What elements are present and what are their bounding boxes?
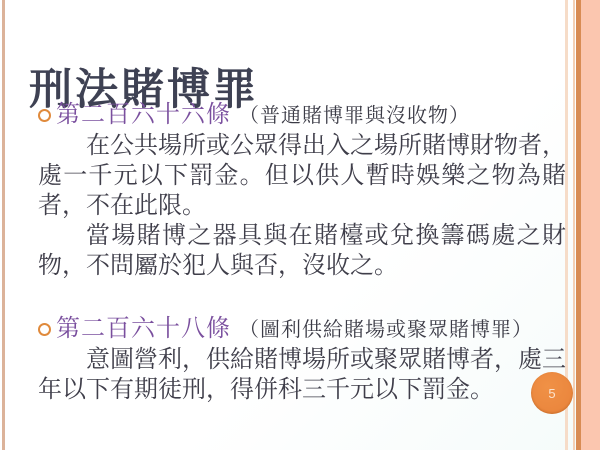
article-paragraph: 在公共場所或公眾得出入之場所賭博財物者，處一千元以下罰金。但以供人暫時娛樂之物為… <box>38 131 566 221</box>
right-border-stripe-band <box>581 0 600 450</box>
bullet-circle-icon <box>38 109 51 122</box>
article-paragraph: 當場賭博之器具與在賭檯或兌換籌碼處之財物，不問屬於犯人與否，沒收之。 <box>38 221 566 281</box>
article-subtitle: （普通賭博罪與沒收物） <box>239 101 470 131</box>
slide-body: 第二百六十六條 （普通賭博罪與沒收物） 在公共場所或公眾得出入之場所賭博財物者，… <box>38 100 566 405</box>
section-heading: 第二百六十八條 （圖利供給賭場或聚眾賭博罪） <box>38 314 566 345</box>
article-paragraph: 意圖營利，供給賭博場所或聚眾賭博者，處三年以下有期徒刑，得併科三千元以下罰金。 <box>38 345 566 405</box>
page-number: 5 <box>548 386 555 401</box>
article-number: 第二百六十八條 <box>56 314 231 344</box>
article-subtitle: （圖利供給賭場或聚眾賭博罪） <box>239 315 533 345</box>
right-border-stripe-thin <box>573 0 575 450</box>
section-article-266: 第二百六十六條 （普通賭博罪與沒收物） 在公共場所或公眾得出入之場所賭博財物者，… <box>38 100 566 281</box>
section-heading: 第二百六十六條 （普通賭博罪與沒收物） <box>38 100 566 131</box>
article-number: 第二百六十六條 <box>56 100 231 130</box>
section-article-268: 第二百六十八條 （圖利供給賭場或聚眾賭博罪） 意圖營利，供給賭博場所或聚眾賭博者… <box>38 314 566 405</box>
bullet-circle-icon <box>38 323 51 336</box>
left-border-rule <box>2 0 5 450</box>
slide: 刑法賭博罪 第二百六十六條 （普通賭博罪與沒收物） 在公共場所或公眾得出入之場所… <box>0 0 600 450</box>
page-number-badge: 5 <box>531 372 573 414</box>
